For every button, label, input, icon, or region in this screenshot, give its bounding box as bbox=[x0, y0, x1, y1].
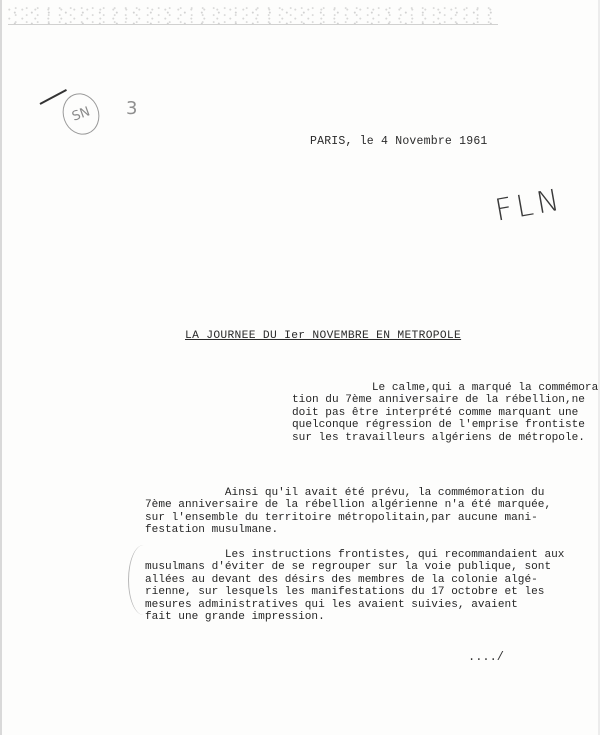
paragraph-2: Ainsi qu'il avait été prévu, la commémor… bbox=[145, 487, 551, 537]
scan-top-line bbox=[8, 24, 498, 25]
stamp-text: SN bbox=[70, 104, 92, 124]
page-left-edge bbox=[0, 0, 2, 735]
stamp-number: 3 bbox=[126, 98, 137, 119]
date-line: PARIS, le 4 Novembre 1961 bbox=[310, 135, 488, 148]
handwritten-annotation: FLN bbox=[492, 182, 565, 228]
document-title: LA JOURNEE DU Ier NOVEMBRE EN METROPOLE bbox=[185, 330, 461, 342]
pen-stroke-mark bbox=[40, 89, 67, 105]
archive-stamp: SN bbox=[57, 88, 105, 140]
paragraph-3: Les instructions frontistes, qui recomma… bbox=[145, 549, 564, 623]
paragraph-1: Le calme,qui a marqué la commémora- tion… bbox=[292, 382, 600, 444]
scan-noise-strip bbox=[8, 6, 498, 24]
continuation-mark: ..../ bbox=[468, 650, 504, 664]
